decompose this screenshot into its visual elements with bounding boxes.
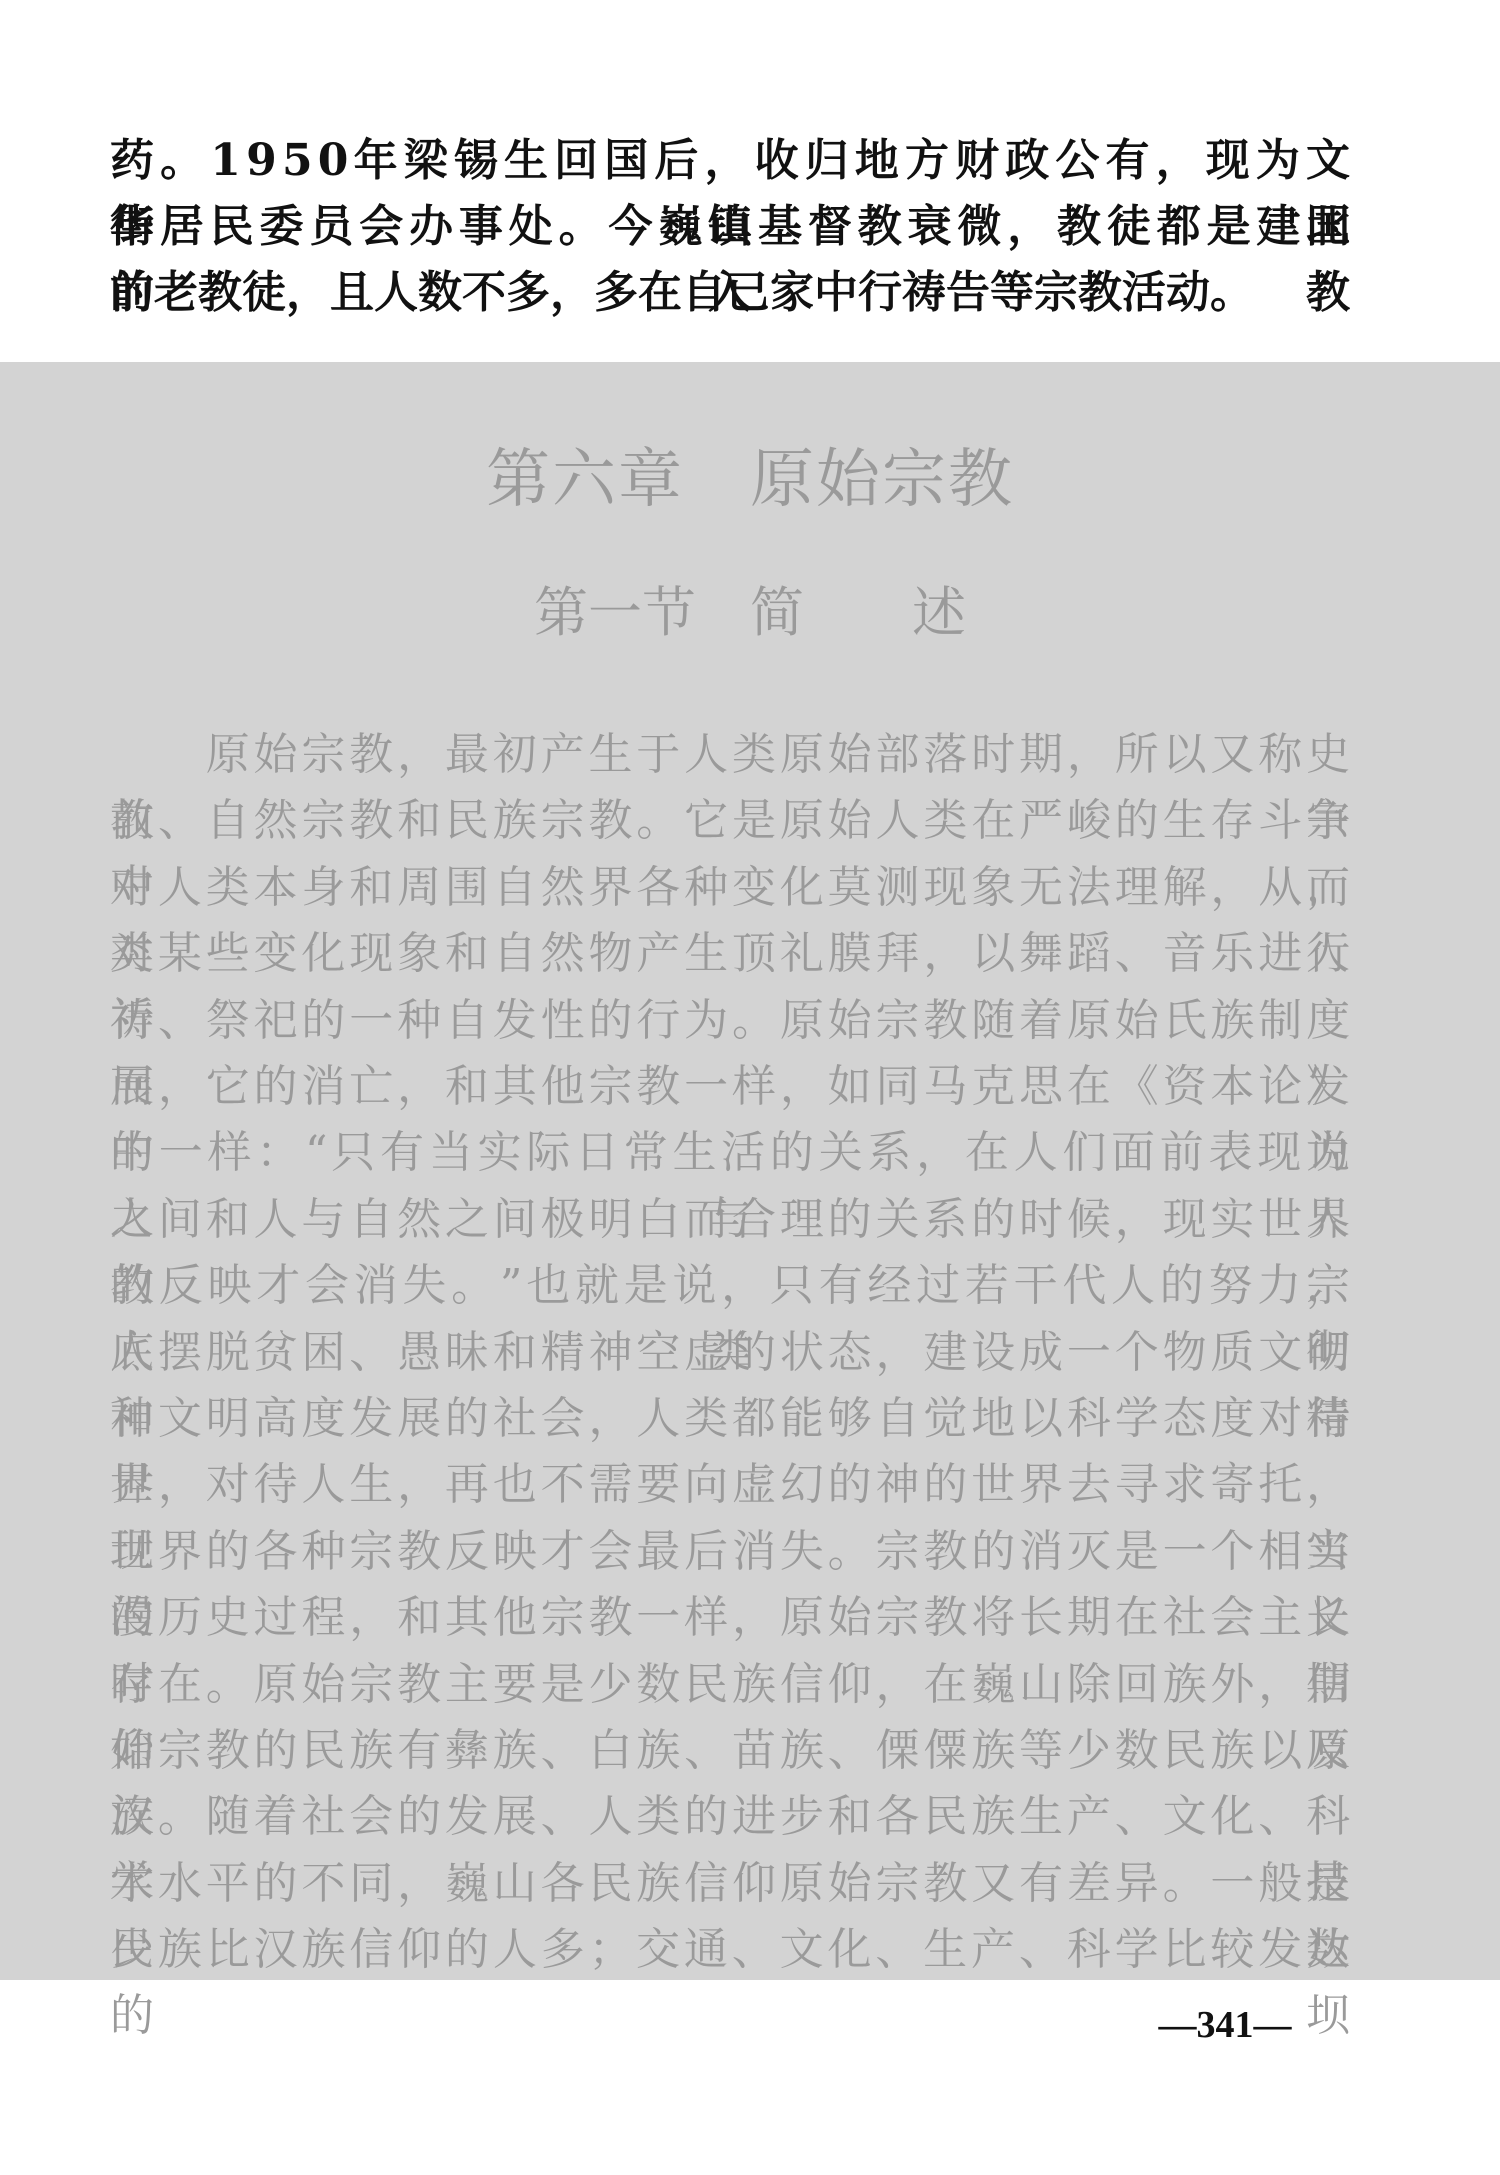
paragraph-line: 始 宗 教 的 民 族 有 彝 族 、 白 族 、 苗 族 、 傈 僳 族 等 …	[110, 1718, 1350, 1784]
paragraph-line: 的老教徒，且人数不多，多在自已家中行祷告等宗教活动。	[110, 260, 1350, 326]
paragraph-line: 教 、 自 然 宗 教 和 民 族 宗 教 。 它 是 原 始 人 类 在 严 …	[110, 788, 1350, 854]
paragraph-line: 神 文 明 高 度 发 展 的 社 会 ， 人 类 都 能 够 自 觉 地 以 …	[110, 1386, 1350, 1452]
paragraph-line: 世 界 的 各 种 宗 教 反 映 才 会 最 后 消 失 。 宗 教 的 消 …	[110, 1519, 1350, 1585]
page-number: —341—	[1140, 2000, 1310, 2050]
paragraph-line: 族 。 随 着 社 会 的 发 展 、 人 类 的 进 步 和 各 民 族 生 …	[110, 1784, 1350, 1850]
paragraph-line: 类 某 些 变 化 现 象 和 自 然 物 产 生 顶 礼 膜 拜 ， 以 舞 …	[110, 921, 1350, 987]
paragraph-line: 术 水 平 的 不 同 ， 巍 山 各 民 族 信 仰 原 始 宗 教 又 有 …	[110, 1851, 1350, 1917]
paragraph-line: 的 历 史 过 程 ， 和 其 他 宗 教 一 样 ， 原 始 宗 教 将 长 …	[110, 1585, 1350, 1651]
paragraph-line: 存 在 。 原 始 宗 教 主 要 是 少 数 民 族 信 仰 ， 在 巍 山 …	[110, 1652, 1350, 1718]
paragraph-line: 原 始 宗 教 ， 最 初 产 生 于 人 类 原 始 部 落 时 期 ， 所 …	[110, 722, 1350, 788]
paragraph-line: 之 间 和 人 与 自 然 之 间 极 明 白 而 合 理 的 关 系 的 时 …	[110, 1187, 1350, 1253]
paragraph-line: 街 居 民 委 员 会 办 事 处 。 今 巍 山 基 督 教 衰 微 ， 教 …	[110, 194, 1350, 260]
section-title: 第一节 简 述	[0, 578, 1500, 648]
paragraph-line: 祷 、 祭 祀 的 一 种 自 发 性 的 行 为 。 原 始 宗 教 随 着 …	[110, 988, 1350, 1054]
paragraph-line: 对 人 类 本 身 和 周 围 自 然 界 各 种 变 化 莫 测 现 象 无 …	[110, 855, 1350, 921]
paragraph-line: 底 摆 脱 贫 困 、 愚 昧 和 精 神 空 虚 的 状 态 ， 建 设 成 …	[110, 1320, 1350, 1386]
paragraph-line: 展 ， 它 的 消 亡 ， 和 其 他 宗 教 一 样 ， 如 同 马 克 思 …	[110, 1054, 1350, 1120]
paragraph-line: 药 。 1 9 5 0 年 梁 锡 生 回 国 后 ， 收 归 地 方 财 政 …	[110, 128, 1350, 194]
paragraph-line: 教 反 映 才 会 消 失 。 ” 也 就 是 说 ， 只 有 经 过 若 干 …	[110, 1253, 1350, 1319]
chapter-title: 第六章 原始宗教	[0, 440, 1500, 520]
book-page: 药 。 1 9 5 0 年 梁 锡 生 回 国 后 ， 收 归 地 方 财 政 …	[0, 0, 1500, 2175]
paragraph-line: 界 ， 对 待 人 生 ， 再 也 不 需 要 向 虚 幻 的 神 的 世 界 …	[110, 1452, 1350, 1518]
paragraph-line: 的 一 样 ： “ 只 有 当 实 际 日 常 生 活 的 关 系 ， 在 人 …	[110, 1120, 1350, 1186]
paragraph-line: 民 族 比 汉 族 信 仰 的 人 多 ； 交 通 、 文 化 、 生 产 、 …	[110, 1917, 1350, 1983]
